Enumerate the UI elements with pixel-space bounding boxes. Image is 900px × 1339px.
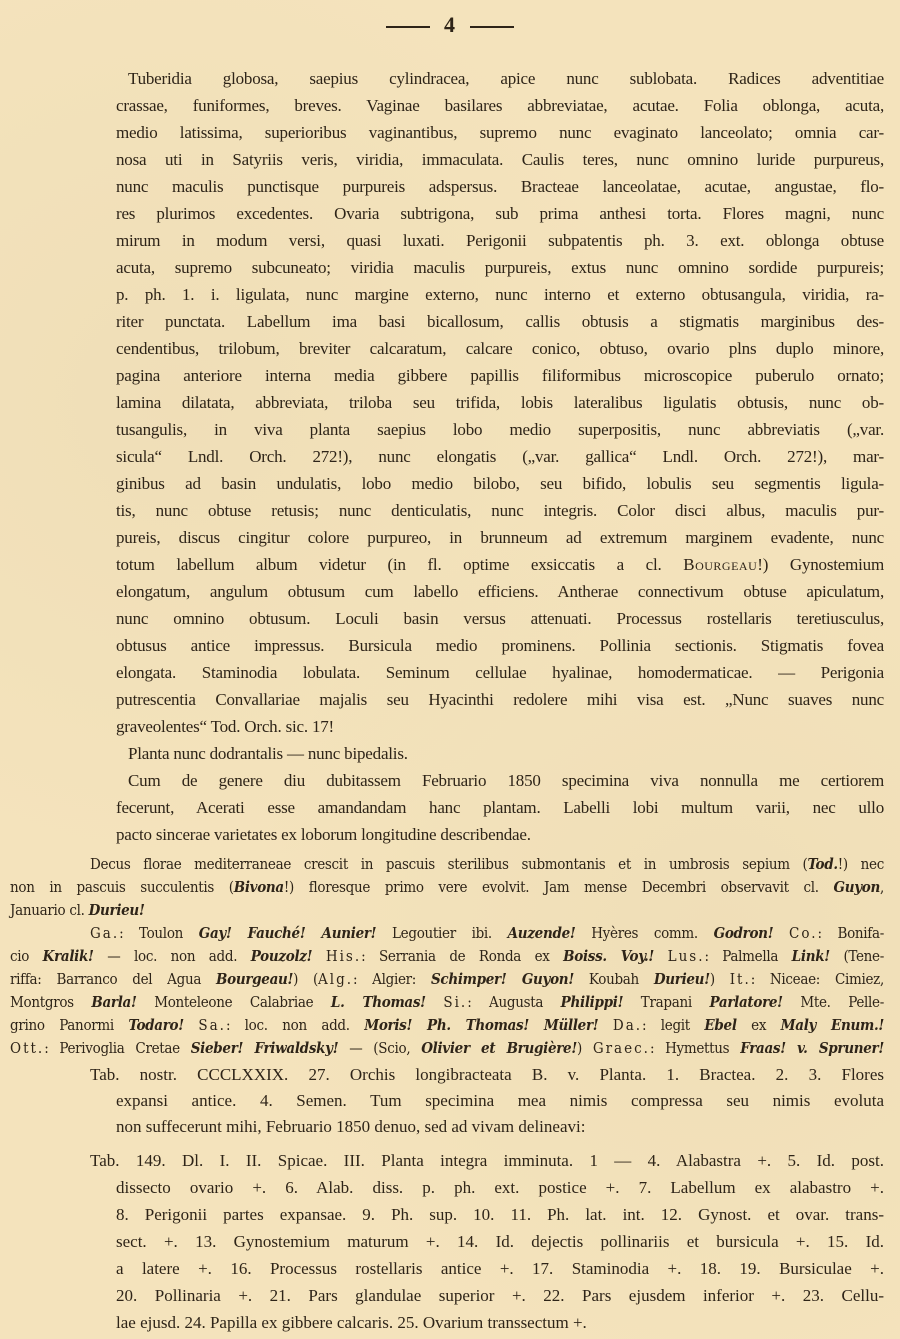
author-name: Fraas! v. Spruner! xyxy=(740,1039,884,1057)
author-name: Bivona xyxy=(234,878,284,896)
line-text: Trapani xyxy=(623,993,709,1011)
author-name: Durieu! xyxy=(89,901,145,919)
line-text: ) xyxy=(710,970,730,988)
left-rule xyxy=(386,26,430,28)
line-text xyxy=(598,1016,612,1034)
author-name: Tod. xyxy=(808,855,838,873)
description-line: nunc maculis punctisque purpureis adsper… xyxy=(116,176,884,198)
right-rule xyxy=(470,26,514,28)
line-text: : Palmella xyxy=(705,947,792,965)
description-line: sicula“ Lndl. Orch. 272!), nunc elongati… xyxy=(116,446,884,468)
line-text: Decus florae mediterraneae crescit in pa… xyxy=(90,855,808,873)
description-line: medio latissima, superioribus vaginantib… xyxy=(116,122,884,144)
line-text: : Niceae: Cimiez, xyxy=(751,970,884,988)
description-line: cendentibus, trilobum, breviter calcarat… xyxy=(116,338,884,360)
line-text xyxy=(184,1016,198,1034)
region-abbrev: It. xyxy=(730,970,751,988)
line-text xyxy=(312,947,326,965)
author-name: Guyon xyxy=(833,878,880,896)
author-name: Godron! xyxy=(714,924,774,942)
region-abbrev: Ott. xyxy=(10,1039,44,1057)
line-text: ) xyxy=(577,1039,593,1057)
author-name: L. Thomas! xyxy=(331,993,426,1011)
line-text: totum labellum album videtur (in fl. opt… xyxy=(116,555,683,574)
document-page: 4 Tuberidia globosa, saepius cylindracea… xyxy=(0,0,900,1339)
line-text: : Serrania de Ronda ex xyxy=(361,947,563,965)
author-name: Durieu! xyxy=(654,970,710,988)
description-line: nosa uti in Satyriis veris, viridia, imm… xyxy=(116,149,884,171)
line-text: — loc. non add. xyxy=(94,947,251,965)
line-text: Koubah xyxy=(574,970,654,988)
author-name: Boiss. Voy.! xyxy=(563,947,654,965)
author-name: Maly Enum.! xyxy=(781,1016,884,1034)
region-abbrev: Graec. xyxy=(593,1039,650,1057)
author-name: Parlatore! xyxy=(709,993,782,1011)
line-text: : Toulon xyxy=(119,924,199,942)
locality-line: Montgros Barla! Monteleone Calabriae L. … xyxy=(10,991,884,1013)
description-line: tis, nunc obtuse retusis; nunc denticula… xyxy=(116,500,884,522)
region-abbrev: Si. xyxy=(443,993,467,1011)
line-text: Legoutier ibi. xyxy=(376,924,507,942)
page-number-value: 4 xyxy=(444,12,456,37)
author-name: Sieber! Friwaldsky! xyxy=(191,1039,339,1057)
line-text xyxy=(426,993,444,1011)
line-text: ) ( xyxy=(293,970,318,988)
description-line: obtusus antice impressus. Bursicula medi… xyxy=(116,635,884,657)
line-text: Montgros xyxy=(10,993,91,1011)
line-text: Monteleone Calabriae xyxy=(137,993,331,1011)
line-text: Januario cl. xyxy=(10,901,89,919)
description-line: lamina dilatata, abbreviata, triloba seu… xyxy=(116,392,884,414)
region-abbrev: Alg. xyxy=(318,970,353,988)
description-line: riter punctata. Labellum ima basi bicall… xyxy=(116,311,884,333)
size-note: Planta nunc dodrantalis — nunc bipedalis… xyxy=(128,743,896,765)
line-text: (Tene- xyxy=(830,947,884,965)
description-line: ginibus ad basin undulatis, lobo medio b… xyxy=(116,473,884,495)
plate-line: Tab. nostr. CCCLXXIX. 27. Orchis longibr… xyxy=(90,1064,884,1086)
plate-line: Tab. 149. Dl. I. II. Spicae. III. Planta… xyxy=(90,1150,884,1172)
description-line: pureis, discus cingitur colore purpureo,… xyxy=(116,527,884,549)
author-name: Bourgeau xyxy=(683,555,757,574)
line-text: Mte. Pelle- xyxy=(783,993,884,1011)
line-text: : Augusta xyxy=(467,993,560,1011)
line-text: riffa: Barranco del Agua xyxy=(10,970,216,988)
locality-line: Ga.: Toulon Gay! Fauché! Aunier! Legouti… xyxy=(90,922,884,944)
author-name: Philippi! xyxy=(561,993,624,1011)
plate-line: non suffecerunt mihi, Februario 1850 den… xyxy=(116,1116,884,1138)
remarks-line: pacto sincerae varietates ex loborum lon… xyxy=(116,824,884,846)
region-abbrev: Da. xyxy=(613,1016,642,1034)
locality-line: cio Kralik! — loc. non add. Pouzolz! His… xyxy=(10,945,884,967)
habitat-line: non in pascuis succulentis (Bivona!) flo… xyxy=(10,876,884,898)
author-name: Auzende! xyxy=(508,924,576,942)
author-name: Olivier et Brugière! xyxy=(421,1039,577,1057)
description-line: crassae, funiformes, breves. Vaginae bas… xyxy=(116,95,884,117)
plate-line: 20. Pollinaria +. 21. Pars glandulae sup… xyxy=(116,1285,884,1307)
description-line: p. ph. 1. i. ligulata, nunc margine exte… xyxy=(116,284,884,306)
region-abbrev: Co. xyxy=(789,924,817,942)
description-line: graveolentes“ Tod. Orch. sic. 17! xyxy=(116,716,884,738)
description-line: nunc omnino obtusum. Loculi basin versus… xyxy=(116,608,884,630)
description-line: elongatum, angulum obtusum cum labello e… xyxy=(116,581,884,603)
line-text: : Perivoglia Cretae xyxy=(44,1039,191,1057)
line-text: : Bonifa- xyxy=(818,924,884,942)
line-text: : Hymettus xyxy=(650,1039,740,1057)
description-line: elongata. Staminodia lobulata. Seminum c… xyxy=(116,662,884,684)
author-name: Schimper! Guyon! xyxy=(431,970,574,988)
page-number: 4 xyxy=(0,12,900,38)
description-line: acuta, supremo subcuneato; viridia macul… xyxy=(116,257,884,279)
author-name: Pouzolz! xyxy=(251,947,313,965)
plate-line: lae ejusd. 24. Papilla ex gibbere calcar… xyxy=(116,1312,884,1334)
locality-line: grino Panormi Todaro! Sa.: loc. non add.… xyxy=(10,1014,884,1036)
region-abbrev: Lus. xyxy=(668,947,705,965)
locality-line: Ott.: Perivoglia Cretae Sieber! Friwalds… xyxy=(10,1037,884,1059)
line-text: non in pascuis succulentis ( xyxy=(10,878,234,896)
line-text: cio xyxy=(10,947,43,965)
author-name: Kralik! xyxy=(43,947,94,965)
region-abbrev: Sa. xyxy=(198,1016,226,1034)
region-abbrev: Ga. xyxy=(90,924,119,942)
remarks-line: Cum de genere diu dubitassem Februario 1… xyxy=(128,770,884,792)
description-line: res plurimos excedentes. Ovaria subtrigo… xyxy=(116,203,884,225)
description-line: mirum in modum versi, quasi luxati. Peri… xyxy=(116,230,884,252)
author-name: Bourgeau! xyxy=(216,970,293,988)
habitat-line: Decus florae mediterraneae crescit in pa… xyxy=(90,853,884,875)
author-name: Todaro! xyxy=(128,1016,183,1034)
description-line: Tuberidia globosa, saepius cylindracea, … xyxy=(128,68,884,90)
line-text: : legit xyxy=(642,1016,704,1034)
remarks-line: fecerunt, Acerati esse amandandam hanc p… xyxy=(116,797,884,819)
plate-line: a latere +. 16. Processus rostellaris an… xyxy=(116,1258,884,1280)
line-text: ex xyxy=(737,1016,781,1034)
description-line: putrescentia Convallariae majalis seu Hy… xyxy=(116,689,884,711)
habitat-line: Januario cl. Durieu! xyxy=(10,899,884,921)
plate-line: expansi antice. 4. Semen. Tum specimina … xyxy=(116,1090,884,1112)
author-name: Ebel xyxy=(704,1016,736,1034)
description-line: pagina anteriore interna media gibbere p… xyxy=(116,365,884,387)
plate-line: dissecto ovario +. 6. Alab. diss. p. ph.… xyxy=(116,1177,884,1199)
description-line: tusangulis, in viva planta saepius lobo … xyxy=(116,419,884,441)
line-text: : Algier: xyxy=(353,970,431,988)
plate-line: sect. +. 13. Gynostemium maturum +. 14. … xyxy=(116,1231,884,1253)
line-text: !) nec xyxy=(838,855,884,873)
line-text: !) Gynostemium xyxy=(757,555,884,574)
line-text xyxy=(773,924,789,942)
line-text xyxy=(654,947,668,965)
line-text: Hyères comm. xyxy=(576,924,714,942)
description-line: totum labellum album videtur (in fl. opt… xyxy=(116,554,884,576)
line-text: !) floresque primo vere evolvit. Jam men… xyxy=(284,878,834,896)
author-name: Gay! Fauché! Aunier! xyxy=(199,924,377,942)
author-name: Link! xyxy=(792,947,830,965)
line-text: grino Panormi xyxy=(10,1016,128,1034)
locality-line: riffa: Barranco del Agua Bourgeau!) (Alg… xyxy=(10,968,884,990)
line-text: — (Scio, xyxy=(338,1039,421,1057)
plate-line: 8. Perigonii partes expansae. 9. Ph. sup… xyxy=(116,1204,884,1226)
author-name: Moris! Ph. Thomas! Müller! xyxy=(364,1016,598,1034)
region-abbrev: His. xyxy=(326,947,361,965)
line-text: , xyxy=(880,878,884,896)
author-name: Barla! xyxy=(91,993,136,1011)
line-text: : loc. non add. xyxy=(226,1016,364,1034)
